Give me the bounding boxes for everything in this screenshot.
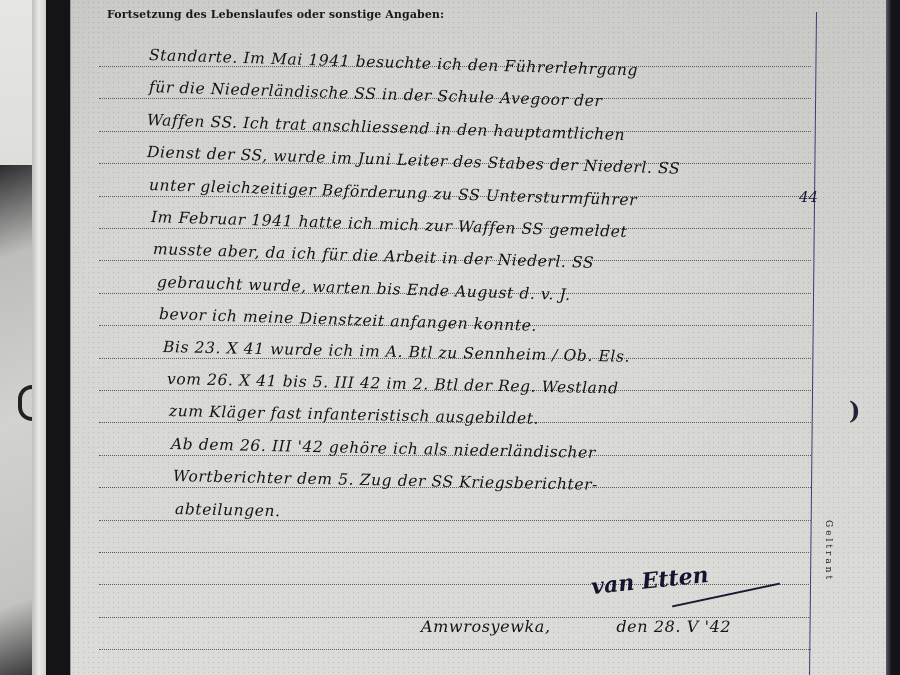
handwritten-line: abteilungen.	[175, 500, 281, 520]
place-date-line: Amwrosyewka, den 28. V '42	[421, 617, 731, 636]
handwritten-line: zum Kläger fast infanteristisch ausgebil…	[169, 402, 539, 428]
handwritten-line: Wortberichter dem 5. Zug der SS Kriegsbe…	[173, 467, 598, 494]
handwritten-line: unter gleichzeitiger Beförderung zu SS U…	[149, 176, 638, 209]
ruled-line	[99, 520, 811, 521]
handwritten-line: bevor ich meine Dienstzeit anfangen konn…	[159, 305, 538, 335]
page-heading: Fortsetzung des Lebenslaufes oder sonsti…	[107, 8, 444, 21]
binder-strip	[32, 0, 46, 675]
ruled-line	[99, 552, 811, 553]
handwritten-line: Bis 23. X 41 wurde ich im A. Btl zu Senn…	[163, 338, 630, 366]
handwritten-line: Ab dem 26. III '42 gehöre ich als nieder…	[171, 435, 596, 462]
place: Amwrosyewka,	[421, 617, 551, 636]
margin-line	[809, 12, 817, 675]
handwritten-line: Im Februar 1941 hatte ich mich zur Waffe…	[151, 208, 628, 241]
handwritten-line: gebraucht wurde, warten bis Ende August …	[157, 273, 571, 304]
document-page: Fortsetzung des Lebenslaufes oder sonsti…	[70, 0, 887, 675]
margin-bracket-mark: )	[849, 396, 860, 425]
signature: van Etten	[590, 562, 710, 600]
margin-annotation: 44	[799, 188, 818, 206]
right-edge-shadow	[886, 0, 900, 675]
ruled-line	[99, 649, 811, 650]
handwritten-line: vom 26. X 41 bis 5. III 42 im 2. Btl der…	[167, 370, 619, 397]
handwritten-line: Dienst der SS, wurde im Juni Leiter des …	[147, 143, 681, 178]
handwritten-line: für die Niederländische SS in der Schule…	[149, 78, 603, 110]
handwritten-line: Waffen SS. Ich trat anschliessend in den…	[147, 111, 626, 144]
underlying-page	[0, 165, 32, 675]
handwritten-line: Standarte. Im Mai 1941 besuchte ich den …	[149, 46, 639, 79]
date: den 28. V '42	[616, 617, 731, 636]
binder-shadow	[46, 0, 70, 675]
side-stamp: Geltrant	[823, 520, 833, 582]
handwritten-line: musste aber, da ich für die Arbeit in de…	[153, 240, 595, 272]
